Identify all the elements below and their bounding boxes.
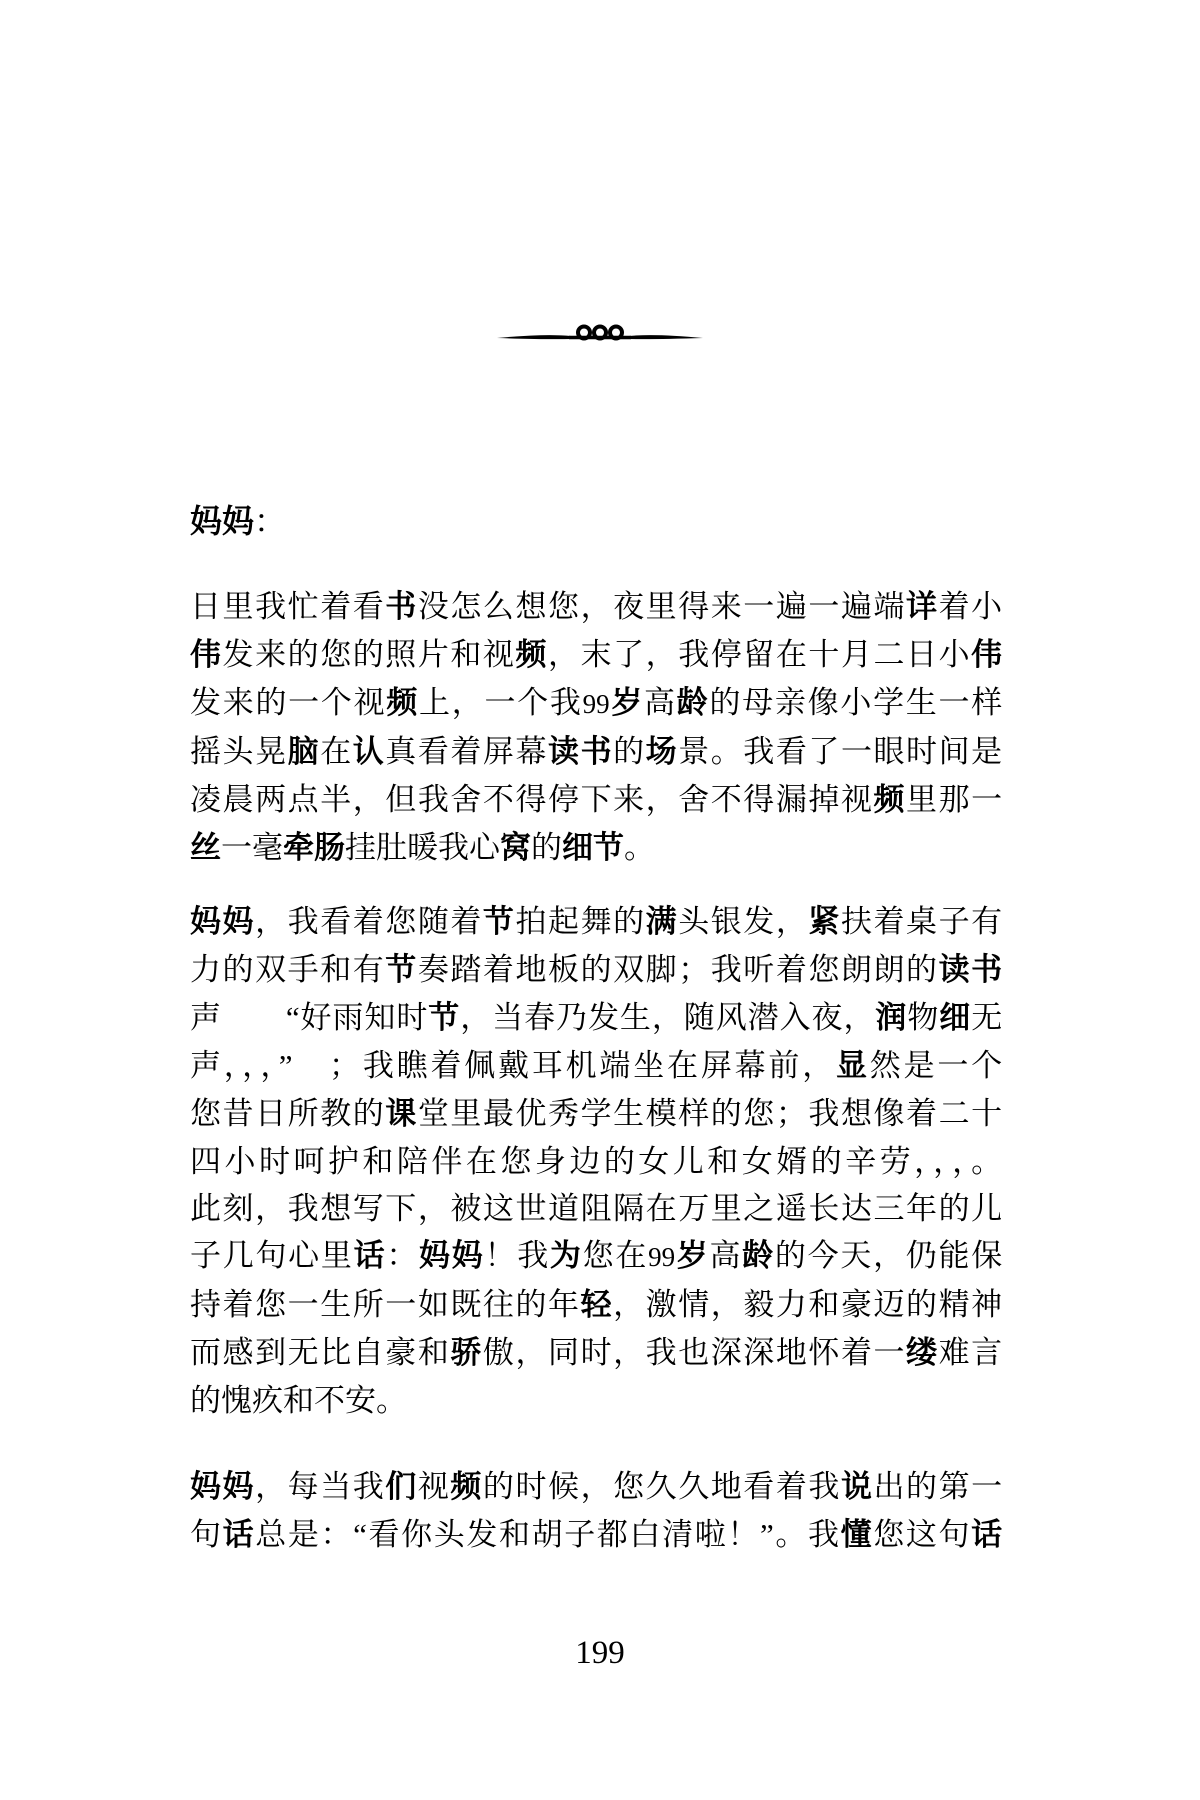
emphasized-char: 骄 (450, 1335, 483, 1371)
emphasized-char: 脑 (288, 734, 321, 770)
emphasized-char: 伟 (971, 637, 1002, 673)
text-line: 此刻，我想写下，被这世道阻隔在万里之遥长达三年的儿 (190, 1185, 1002, 1232)
emphasized-char: 认 (353, 734, 386, 770)
emphasized-char: 细 (939, 1000, 971, 1036)
emphasized-char: 龄 (742, 1238, 775, 1274)
emphasized-char: 场 (646, 734, 679, 770)
emphasized-char: 节 (428, 1000, 460, 1036)
emphasized-char: 妈 (452, 1238, 485, 1274)
emphasized-char: 课 (385, 1096, 418, 1132)
text-line: 日里我忙着看书没怎么想您，夜里得来一遍一遍端详着小 (190, 583, 1002, 631)
emphasized-char: 肠 (314, 830, 345, 866)
emphasized-char: 轻 (581, 1287, 614, 1323)
emphasized-char: 润 (875, 1000, 907, 1036)
numeral: 9 (648, 1242, 662, 1272)
emphasized-char: 节 (483, 904, 516, 940)
text-line: 丝一毫牵肠挂肚暖我心窝的细节。 (190, 824, 1002, 872)
emphasized-char: 话 (354, 1238, 387, 1274)
emphasized-char: 为 (550, 1238, 583, 1274)
emphasized-char: 岁 (610, 685, 644, 721)
emphasized-char: 说 (841, 1469, 874, 1505)
emphasized-char: 频 (386, 685, 419, 721)
emphasized-char: 窝 (500, 830, 531, 866)
emphasized-char: 紧 (808, 904, 841, 940)
emphasized-char: 话 (223, 1517, 256, 1553)
letter-body: 日里我忙着看书没怎么想您，夜里得来一遍一遍端详着小伟发来的您的照片和视频，末了，… (0, 0, 1200, 1800)
emphasized-char: 妈 (190, 904, 223, 940)
text-line: 伟发来的您的照片和视频，末了，我停留在十月二日小伟 (190, 631, 1002, 679)
letter-paragraph: 妈妈，我看着您随着节拍起舞的满头银发，紧扶着桌子有力的双手和有节奏踏着地板的双脚… (190, 898, 1002, 1424)
text-line: 而感到无比自豪和骄傲，同时，我也深深地怀着一缕难言 (190, 1329, 1002, 1377)
text-line: 的愧疚和不安。 (190, 1377, 1002, 1424)
text-line: 妈妈，我看着您随着节拍起舞的满头银发，紧扶着桌子有 (190, 898, 1002, 946)
emphasized-char: 龄 (677, 685, 710, 721)
emphasized-char: 读 (939, 952, 972, 988)
text-line: 声 “好雨知时节，当春乃发生，随风潜入夜，润物细无 (190, 994, 1002, 1042)
text-line: 子几句心里话：妈妈！我为您在99岁高龄的今天，仍能保 (190, 1232, 1002, 1281)
page-number: 199 (0, 1630, 1200, 1677)
emphasized-char: 频 (873, 782, 906, 818)
letter-paragraph: 妈妈，每当我们视频的时候，您久久地看着我说出的第一句话总是：“看你头发和胡子都白… (190, 1463, 1002, 1559)
text-line: 力的双手和有节奏踏着地板的双脚；我听着您朗朗的读书 (190, 946, 1002, 994)
text-line: 四小时呵护和陪伴在您身边的女儿和女婿的辛劳，，，。 (190, 1138, 1002, 1185)
emphasized-char: 岁 (675, 1238, 709, 1274)
emphasized-char: 细 (562, 830, 593, 866)
emphasized-char: 妈 (190, 1469, 223, 1505)
emphasized-char: 满 (646, 904, 679, 940)
emphasized-char: 频 (515, 637, 548, 673)
emphasized-char: 显 (836, 1048, 870, 1084)
numeral: 9 (583, 689, 597, 719)
emphasized-char: 书 (581, 734, 614, 770)
emphasized-char: 懂 (841, 1517, 874, 1553)
emphasized-char: 频 (450, 1469, 483, 1505)
emphasized-char: 们 (385, 1469, 418, 1505)
numeral: 9 (662, 1242, 676, 1272)
text-line: 您昔日所教的课堂里最优秀学生模样的您；我想像着二十 (190, 1090, 1002, 1138)
text-line: 声，，，” ；我瞧着佩戴耳机端坐在屏幕前，显然是一个 (190, 1042, 1002, 1090)
text-line: 持着您一生所一如既往的年轻，激情，毅力和豪迈的精神 (190, 1281, 1002, 1329)
emphasized-char: 话 (971, 1517, 1002, 1553)
emphasized-char: 书 (385, 589, 418, 625)
letter-paragraph: 日里我忙着看书没怎么想您，夜里得来一遍一遍端详着小伟发来的您的照片和视频，末了，… (190, 583, 1002, 872)
text-line: 凌晨两点半，但我舍不得停下来，舍不得漏掉视频里那一 (190, 776, 1002, 824)
emphasized-char: 牵 (283, 830, 314, 866)
emphasized-char: 节 (593, 830, 624, 866)
emphasized-char: 妈 (419, 1238, 452, 1274)
emphasized-char: 读 (548, 734, 581, 770)
emphasized-char: 伟 (190, 637, 223, 673)
emphasized-char: 妈 (223, 1469, 256, 1505)
text-line: 发来的一个视频上，一个我99岁高龄的母亲像小学生一样 (190, 679, 1002, 728)
emphasized-char: 详 (906, 589, 939, 625)
text-line: 句话总是：“看你头发和胡子都白清啦！”。我懂您这句话 (190, 1511, 1002, 1559)
numeral: 9 (596, 689, 610, 719)
emphasized-char: 妈 (223, 904, 256, 940)
book-page: 妈妈： 日里我忙着看书没怎么想您，夜里得来一遍一遍端详着小伟发来的您的照片和视频… (0, 0, 1200, 1800)
emphasized-char: 缕 (906, 1335, 939, 1371)
emphasized-char: 丝 (190, 830, 221, 866)
emphasized-char: 节 (385, 952, 418, 988)
emphasized-char: 书 (971, 952, 1002, 988)
text-line: 摇头晃脑在认真看着屏幕读书的场景。我看了一眼时间是 (190, 728, 1002, 776)
text-line: 妈妈，每当我们视频的时候，您久久地看着我说出的第一 (190, 1463, 1002, 1511)
